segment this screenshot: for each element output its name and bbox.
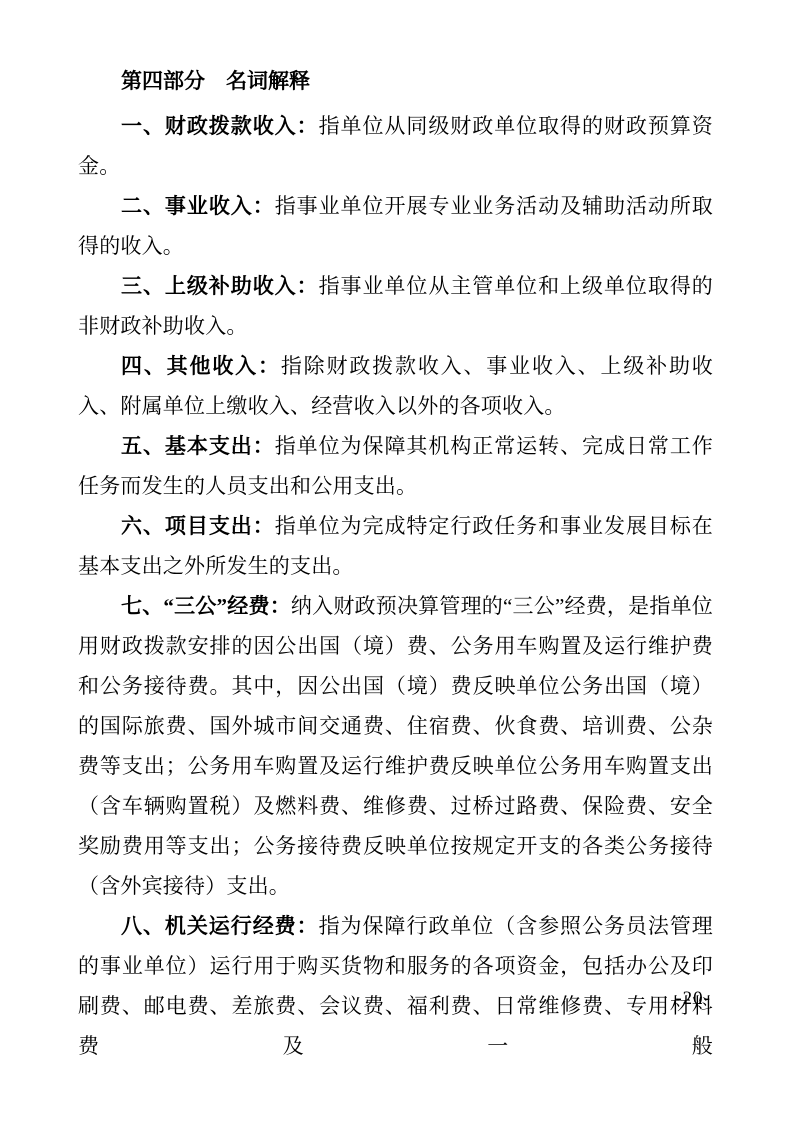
definition-paragraph-4: 四、其他收入：指除财政拨款收入、事业收入、上级补助收入、附属单位上缴收入、经营收… bbox=[78, 346, 713, 426]
term-label: 五、基本支出： bbox=[121, 434, 275, 458]
definition-paragraph-1: 一、财政拨款收入：指单位从同级财政单位取得的财政预算资金。 bbox=[78, 106, 713, 186]
page-content: 第四部分 名词解释 一、财政拨款收入：指单位从同级财政单位取得的财政预算资金。 … bbox=[78, 62, 713, 1066]
term-label: 六、项目支出： bbox=[121, 514, 275, 538]
term-label: 七、“三公”经费： bbox=[121, 594, 291, 618]
term-label: 八、机关运行经费： bbox=[121, 914, 319, 938]
term-definition: 纳入财政预决算管理的“三公”经费，是指单位用财政拨款安排的因公出国（境）费、公务… bbox=[78, 594, 713, 898]
definition-paragraph-6: 六、项目支出：指单位为完成特定行政任务和事业发展目标在基本支出之外所发生的支出。 bbox=[78, 506, 713, 586]
definition-paragraph-2: 二、事业收入：指事业单位开展专业业务活动及辅助活动所取得的收入。 bbox=[78, 186, 713, 266]
term-label: 四、其他收入： bbox=[121, 354, 281, 378]
definition-paragraph-7: 七、“三公”经费：纳入财政预决算管理的“三公”经费，是指单位用财政拨款安排的因公… bbox=[78, 586, 713, 906]
definition-paragraph-3: 三、上级补助收入：指事业单位从主管单位和上级单位取得的非财政补助收入。 bbox=[78, 266, 713, 346]
document-page: 第四部分 名词解释 一、财政拨款收入：指单位从同级财政单位取得的财政预算资金。 … bbox=[0, 0, 793, 1122]
term-label: 一、财政拨款收入： bbox=[121, 114, 319, 138]
definition-paragraph-5: 五、基本支出：指单位为保障其机构正常运转、完成日常工作任务而发生的人员支出和公用… bbox=[78, 426, 713, 506]
definition-paragraph-8: 八、机关运行经费：指为保障行政单位（含参照公务员法管理的事业单位）运行用于购买货… bbox=[78, 906, 713, 1066]
term-label: 三、上级补助收入： bbox=[121, 274, 319, 298]
term-label: 二、事业收入： bbox=[121, 194, 275, 218]
page-number: -20- bbox=[675, 988, 711, 1010]
section-title: 第四部分 名词解释 bbox=[78, 62, 713, 102]
